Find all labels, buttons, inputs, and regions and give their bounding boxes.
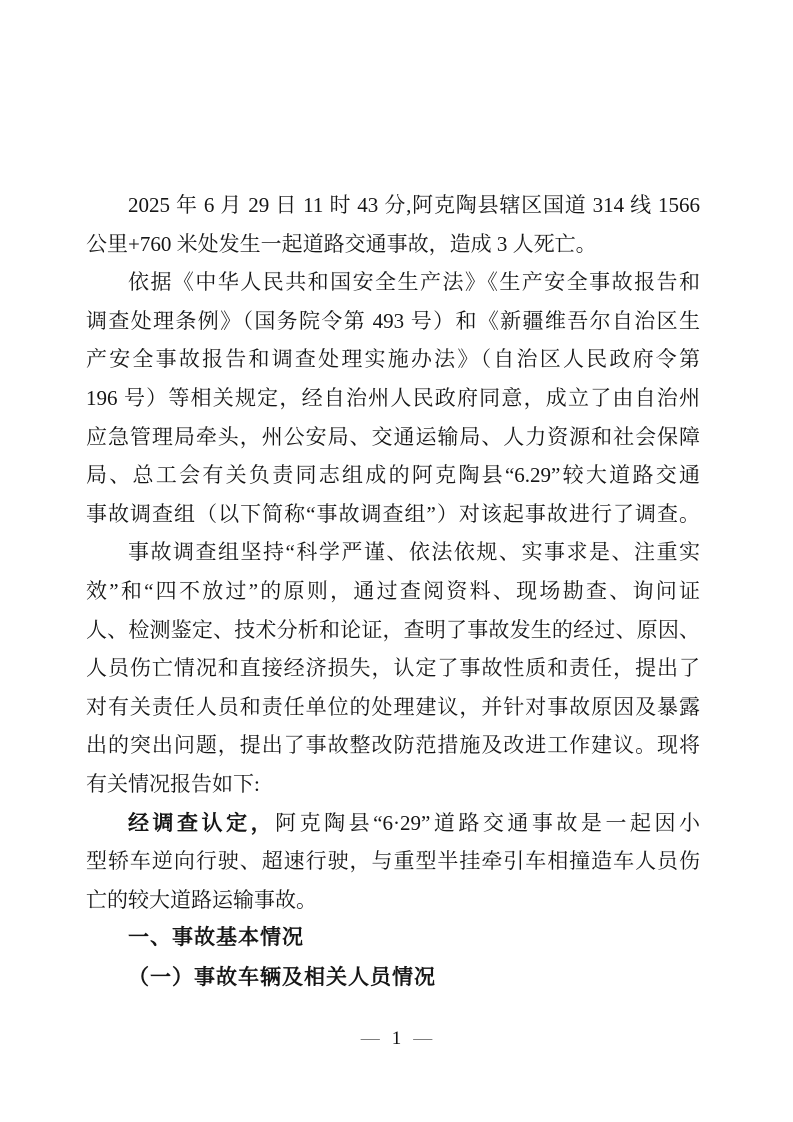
document-body: 2025 年 6 月 29 日 11 时 43 分,阿克陶县辖区国道 314 线… xyxy=(86,186,700,996)
text-line: 事故调查组（以下简称“事故调查组”）对该起事故进行了调查。 xyxy=(86,495,700,534)
text-line: 有关情况报告如下: xyxy=(86,765,700,804)
text-line: 型轿车逆向行驶、超速行驶，与重型半挂牵引车相撞造车人员伤 xyxy=(86,842,700,881)
page-number: —1— xyxy=(0,1026,793,1052)
text-line: 人、检测鉴定、技术分析和论证，查明了事故发生的经过、原因、 xyxy=(86,611,700,650)
text-line: 亡的较大道路运输事故。 xyxy=(86,881,700,920)
bold-lead: 经调查认定， xyxy=(128,811,275,835)
page-number-value: 1 xyxy=(392,1028,402,1049)
text-line: 效”和“四不放过”的原则，通过查阅资料、现场勘查、询问证 xyxy=(86,572,700,611)
section-heading: 一、事故基本情况 xyxy=(86,919,700,958)
text-line: 人员伤亡情况和直接经济损失，认定了事故性质和责任，提出了 xyxy=(86,649,700,688)
text-line: 产安全事故报告和调查处理实施办法》（自治区人民政府令第 xyxy=(86,340,700,379)
text-line: 经调查认定，阿克陶县“6·29”道路交通事故是一起因小 xyxy=(86,804,700,843)
document-page: 2025 年 6 月 29 日 11 时 43 分,阿克陶县辖区国道 314 线… xyxy=(0,0,793,1122)
text-line: 事故调查组坚持“科学严谨、依法依规、实事求是、注重实 xyxy=(86,533,700,572)
text-line: 196 号）等相关规定，经自治州人民政府同意，成立了由自治州 xyxy=(86,379,700,418)
text-line: 2025 年 6 月 29 日 11 时 43 分,阿克陶县辖区国道 314 线… xyxy=(86,186,700,225)
text-line: 调查处理条例》（国务院令第 493 号）和《新疆维吾尔自治区生 xyxy=(86,302,700,341)
text-line: 公里+760 米处发生一起道路交通事故，造成 3 人死亡。 xyxy=(86,225,700,264)
page-number-dash-right: — xyxy=(413,1028,432,1049)
text-line: 出的突出问题，提出了事故整改防范措施及改进工作建议。现将 xyxy=(86,726,700,765)
page-number-dash-left: — xyxy=(361,1028,380,1049)
text-line: 对有关责任人员和责任单位的处理建议，并针对事故原因及暴露 xyxy=(86,688,700,727)
text-line: 局、总工会有关负责同志组成的阿克陶县“6.29”较大道路交通 xyxy=(86,456,700,495)
text-line: 依据《中华人民共和国安全生产法》《生产安全事故报告和 xyxy=(86,263,700,302)
subsection-heading: （一）事故车辆及相关人员情况 xyxy=(86,958,700,997)
text-line: 应急管理局牵头，州公安局、交通运输局、人力资源和社会保障 xyxy=(86,418,700,457)
